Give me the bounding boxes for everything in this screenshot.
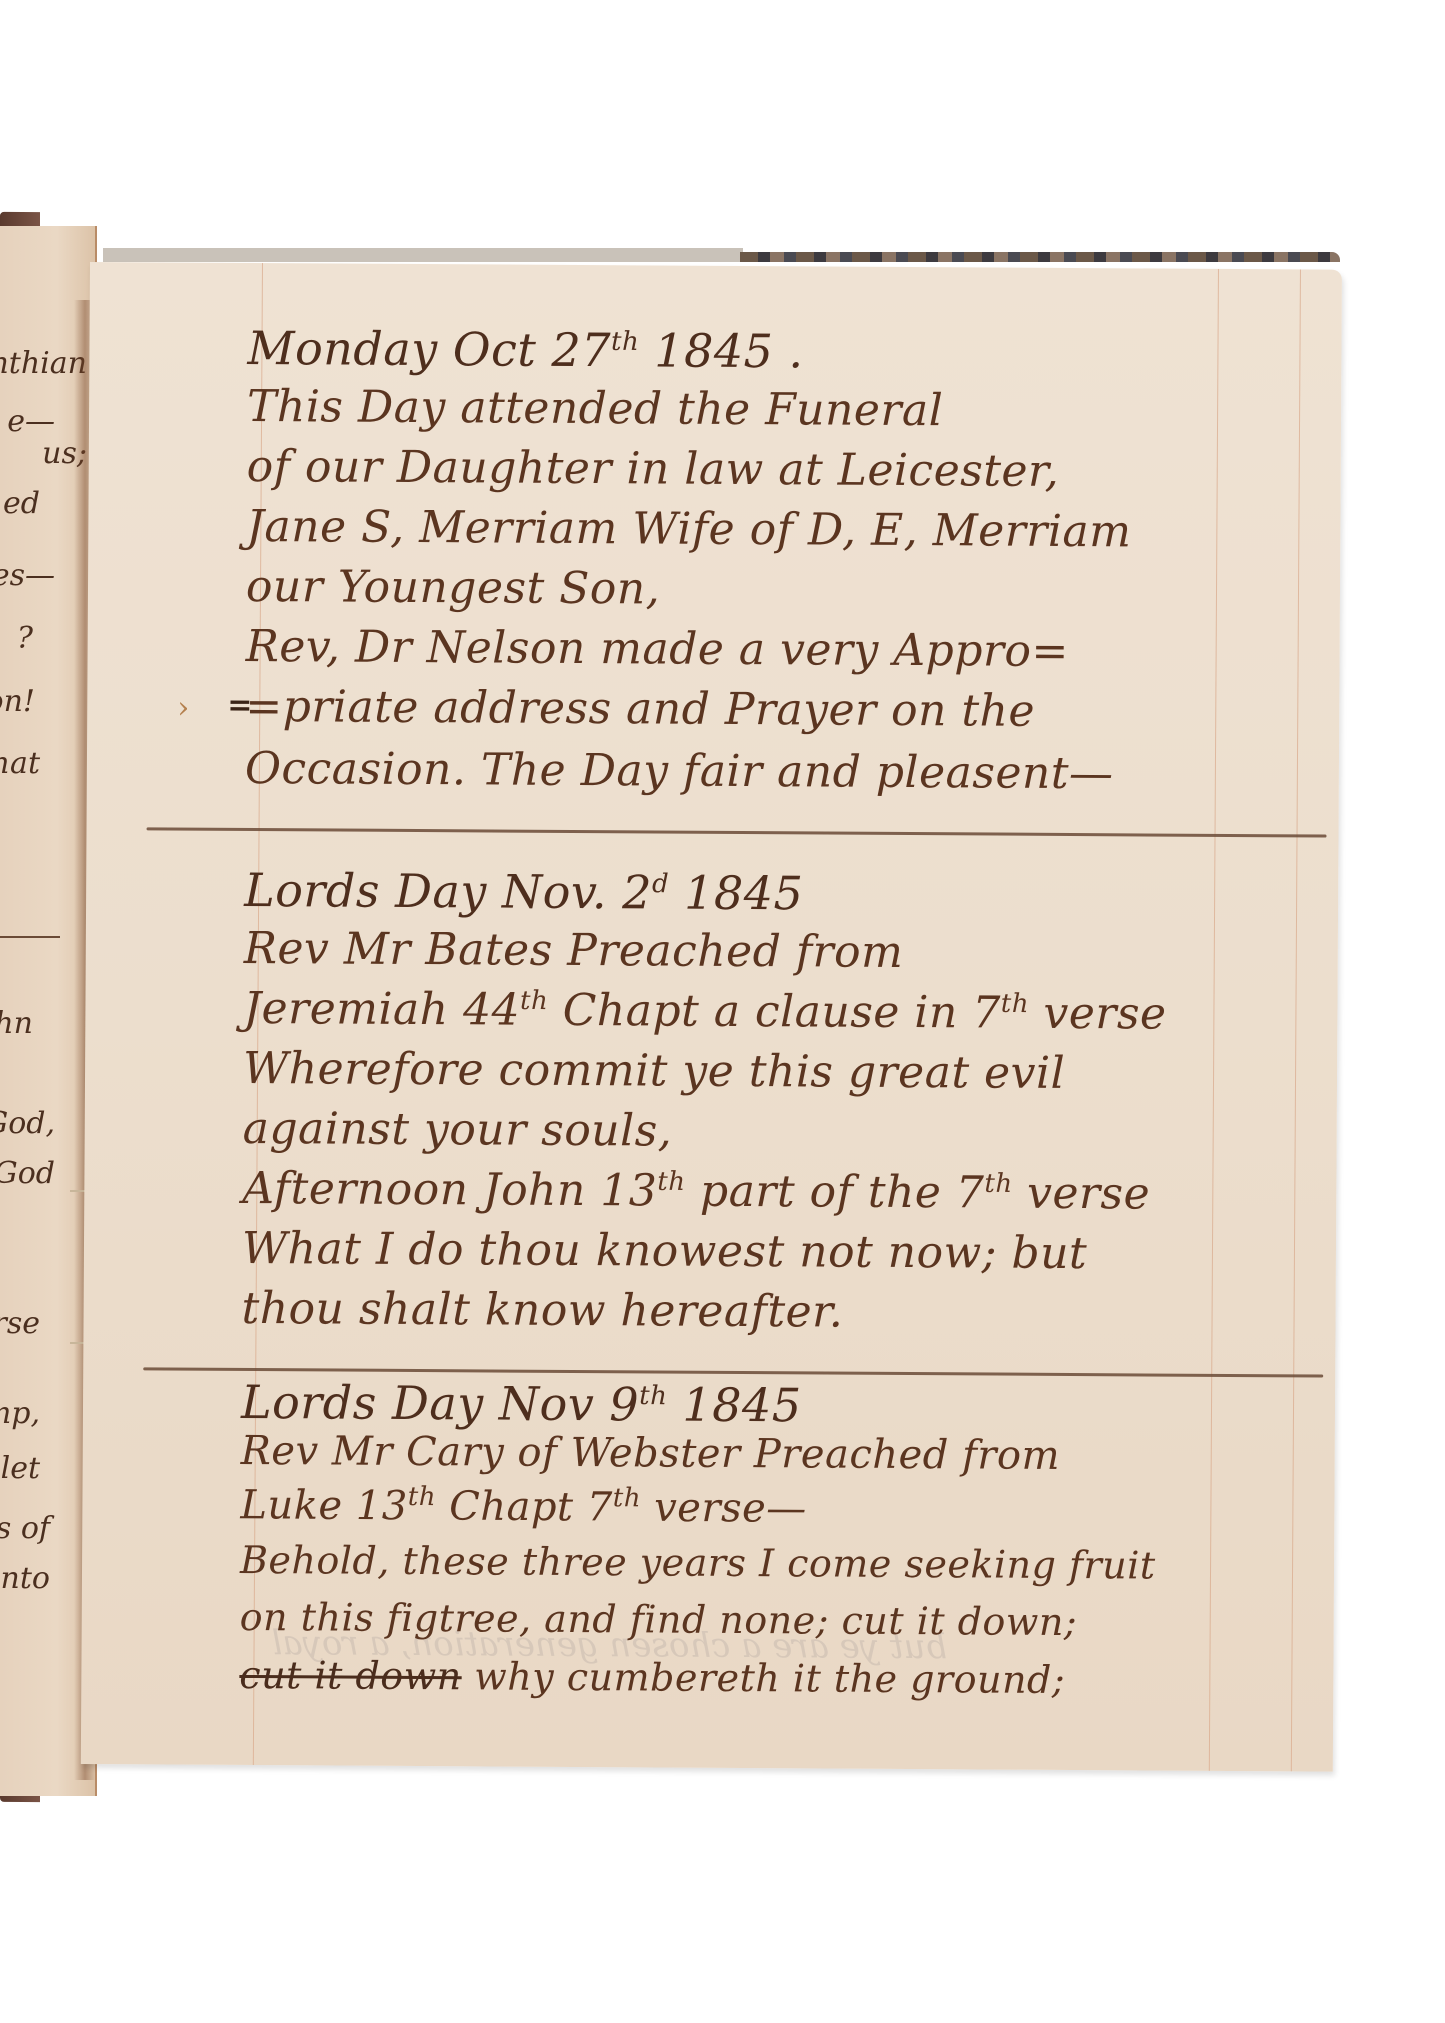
left-fragment: ses— — [0, 558, 55, 593]
entry-line: our Youngest Son, — [246, 561, 660, 615]
left-fragment: on! — [0, 684, 35, 719]
text-segment: verse — [1012, 1168, 1150, 1220]
diary-page: but ye are a chosen generation, a royal … — [81, 262, 1342, 1772]
entry-line: on this figtree, and find none; cut it d… — [240, 1595, 1078, 1644]
ordinal: th — [984, 1169, 1012, 1199]
heading-date: Lords Day Nov. 2 — [244, 863, 652, 919]
entry-line: This Day attended the Funeral — [247, 381, 943, 436]
struck-text: cut it down — [239, 1653, 462, 1698]
left-fragment: rse — [0, 1306, 40, 1341]
page-stack-edge — [103, 248, 743, 262]
text-segment: Chapt 7 — [436, 1483, 613, 1530]
heading-year: 1845 . — [639, 323, 804, 378]
text-segment: Jeremiah 44 — [243, 983, 520, 1036]
heading-date: Monday Oct 27 — [247, 321, 611, 377]
text-segment: why cumbereth it the ground; — [462, 1654, 1066, 1702]
left-fragment: s of — [0, 1511, 50, 1546]
text-segment: Afternoon John 13 — [242, 1163, 657, 1217]
right-margin-rule — [1209, 269, 1219, 1771]
left-fragment: hat — [0, 746, 40, 781]
text-segment: verse — [1029, 988, 1167, 1040]
entry-line: Rev Mr Cary of Webster Preached from — [241, 1428, 1061, 1479]
heading-ordinal: d — [652, 869, 669, 899]
heading-year: 1845 — [667, 1378, 802, 1433]
heading-year: 1845 — [669, 866, 804, 921]
text-segment: Luke 13 — [240, 1482, 408, 1529]
left-fragment: hn — [0, 1006, 33, 1041]
left-fragment: God — [0, 1156, 55, 1191]
margin-mark: › — [177, 691, 189, 726]
ordinal: th — [613, 1483, 641, 1513]
entry-line: What I do thou knowest not now; but — [242, 1223, 1088, 1279]
entry-line: against your souls, — [243, 1103, 673, 1157]
entry-heading: Monday Oct 27th 1845 . — [247, 321, 803, 378]
entry-line: Rev Mr Bates Preached from — [244, 923, 904, 978]
ordinal: th — [520, 986, 548, 1016]
marbled-cover-edge — [740, 252, 1340, 262]
left-fragment: e— — [7, 404, 55, 439]
left-fragment: ? — [17, 621, 33, 656]
entry-line: Jane S, Merriam Wife of D, E, Merriam — [246, 501, 1131, 557]
entry-line: Luke 13th Chapt 7th verse— — [240, 1481, 807, 1532]
left-fragment: let — [1, 1451, 40, 1486]
heading-ordinal: th — [611, 327, 639, 357]
left-divider — [0, 936, 60, 938]
entry-line: Occasion. The Day fair and pleasent— — [245, 743, 1114, 799]
heading-ordinal: th — [639, 1381, 667, 1411]
entry-line: =priate address and Prayer on the — [245, 681, 1035, 737]
left-fragment: mp, — [0, 1396, 40, 1431]
entry-line: Behold, these three years I come seeking… — [240, 1538, 1156, 1588]
entry-line: Jeremiah 44th Chapt a clause in 7th vers… — [243, 983, 1166, 1040]
heading-date: Lords Day Nov 9 — [241, 1375, 639, 1431]
entry-heading: Lords Day Nov 9th 1845 — [241, 1375, 802, 1432]
entry-heading: Lords Day Nov. 2d 1845 — [244, 863, 803, 920]
text-segment: verse— — [641, 1485, 807, 1532]
entry-line: of our Daughter in law at Leicester, — [247, 441, 1060, 497]
ordinal: th — [1001, 989, 1029, 1019]
entry-divider — [147, 827, 1327, 837]
right-edge-rule — [1291, 269, 1301, 1771]
ordinal: th — [408, 1482, 436, 1512]
text-segment: part of the 7 — [685, 1166, 984, 1219]
entry-line: Rev, Dr Nelson made a very Appro= — [245, 621, 1069, 677]
entry-line: Wherefore commit ye this great evil — [243, 1043, 1065, 1099]
entry-line: cut it down why cumbereth it the ground; — [239, 1653, 1065, 1702]
text-segment: Chapt a clause in 7 — [548, 985, 1001, 1039]
entry-line: thou shalt know hereafter. — [241, 1283, 843, 1338]
left-fragment: nto — [1, 1561, 50, 1596]
left-fragment: l God, — [0, 1106, 55, 1141]
ordinal: th — [657, 1167, 685, 1197]
entry-line: Afternoon John 13th part of the 7th vers… — [242, 1163, 1150, 1220]
left-fragment: ed — [3, 486, 40, 521]
